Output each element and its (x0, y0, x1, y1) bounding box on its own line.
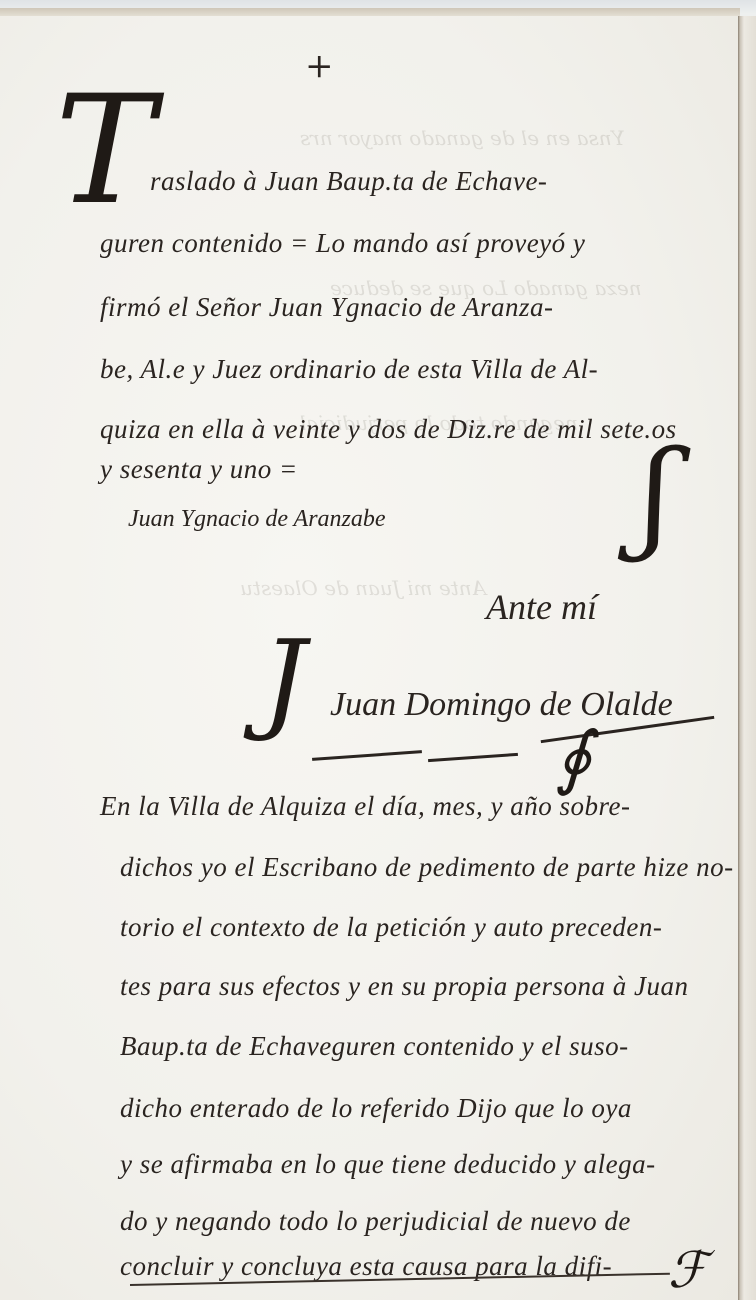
decorative-initial: T (55, 76, 155, 226)
manuscript-line: En la Villa de Alquiza el día, mes, y añ… (100, 791, 630, 822)
book-binding-edge (738, 16, 756, 1300)
signature-ante-mi: Ante mí (486, 586, 597, 628)
signature-initial-flourish-icon: J (262, 616, 306, 744)
signature-juan-domingo: Juan Domingo de Olalde (330, 686, 673, 724)
manuscript-line: quiza en ella à veinte y dos de Diz.re d… (100, 414, 677, 445)
manuscript-line: Baup.ta de Echaveguren contenido y el su… (120, 1031, 629, 1062)
manuscript-line: do y negando todo lo perjudicial de nuev… (120, 1206, 631, 1237)
manuscript-line: torio el contexto de la petición y auto … (120, 912, 662, 943)
signature-juan-ygnacio: Juan Ygnacio de Aranzabe (128, 506, 386, 533)
manuscript-line: dichos yo el Escribano de pedimento de p… (120, 852, 734, 883)
rubric-loop-icon: ∮ (555, 716, 591, 798)
manuscript-line: y sesenta y uno = (100, 454, 298, 485)
manuscript-line: firmó el Señor Juan Ygnacio de Aranza- (100, 292, 553, 323)
manuscript-line: guren contenido = Lo mando así proveyó y (100, 228, 585, 259)
bleed-through-text: Ynsa en el de ganado mayor nrs (300, 126, 625, 150)
manuscript-line: raslado à Juan Baup.ta de Echave- (150, 166, 547, 197)
rubric-stroke (312, 750, 422, 761)
catchword-flourish-icon: ℱ (668, 1241, 707, 1299)
manuscript-line: dicho enterado de lo referido Dijo que l… (120, 1093, 632, 1124)
rubric-flourish-icon: ʃ (640, 426, 673, 565)
manuscript-line: y se afirmaba en lo que tiene deducido y… (120, 1149, 656, 1180)
folio-cross-mark: + (305, 46, 334, 86)
bleed-through-text: Ante mi Juan de Olaestu (240, 576, 486, 600)
scanned-manuscript: Ynsa en el de ganado mayor nrs neza gana… (0, 0, 756, 1300)
manuscript-leaf: Ynsa en el de ganado mayor nrs neza gana… (0, 16, 738, 1300)
rubric-stroke (428, 753, 518, 762)
manuscript-line: be, Al.e y Juez ordinario de esta Villa … (100, 354, 598, 385)
manuscript-line: tes para sus efectos y en su propia pers… (120, 971, 688, 1002)
